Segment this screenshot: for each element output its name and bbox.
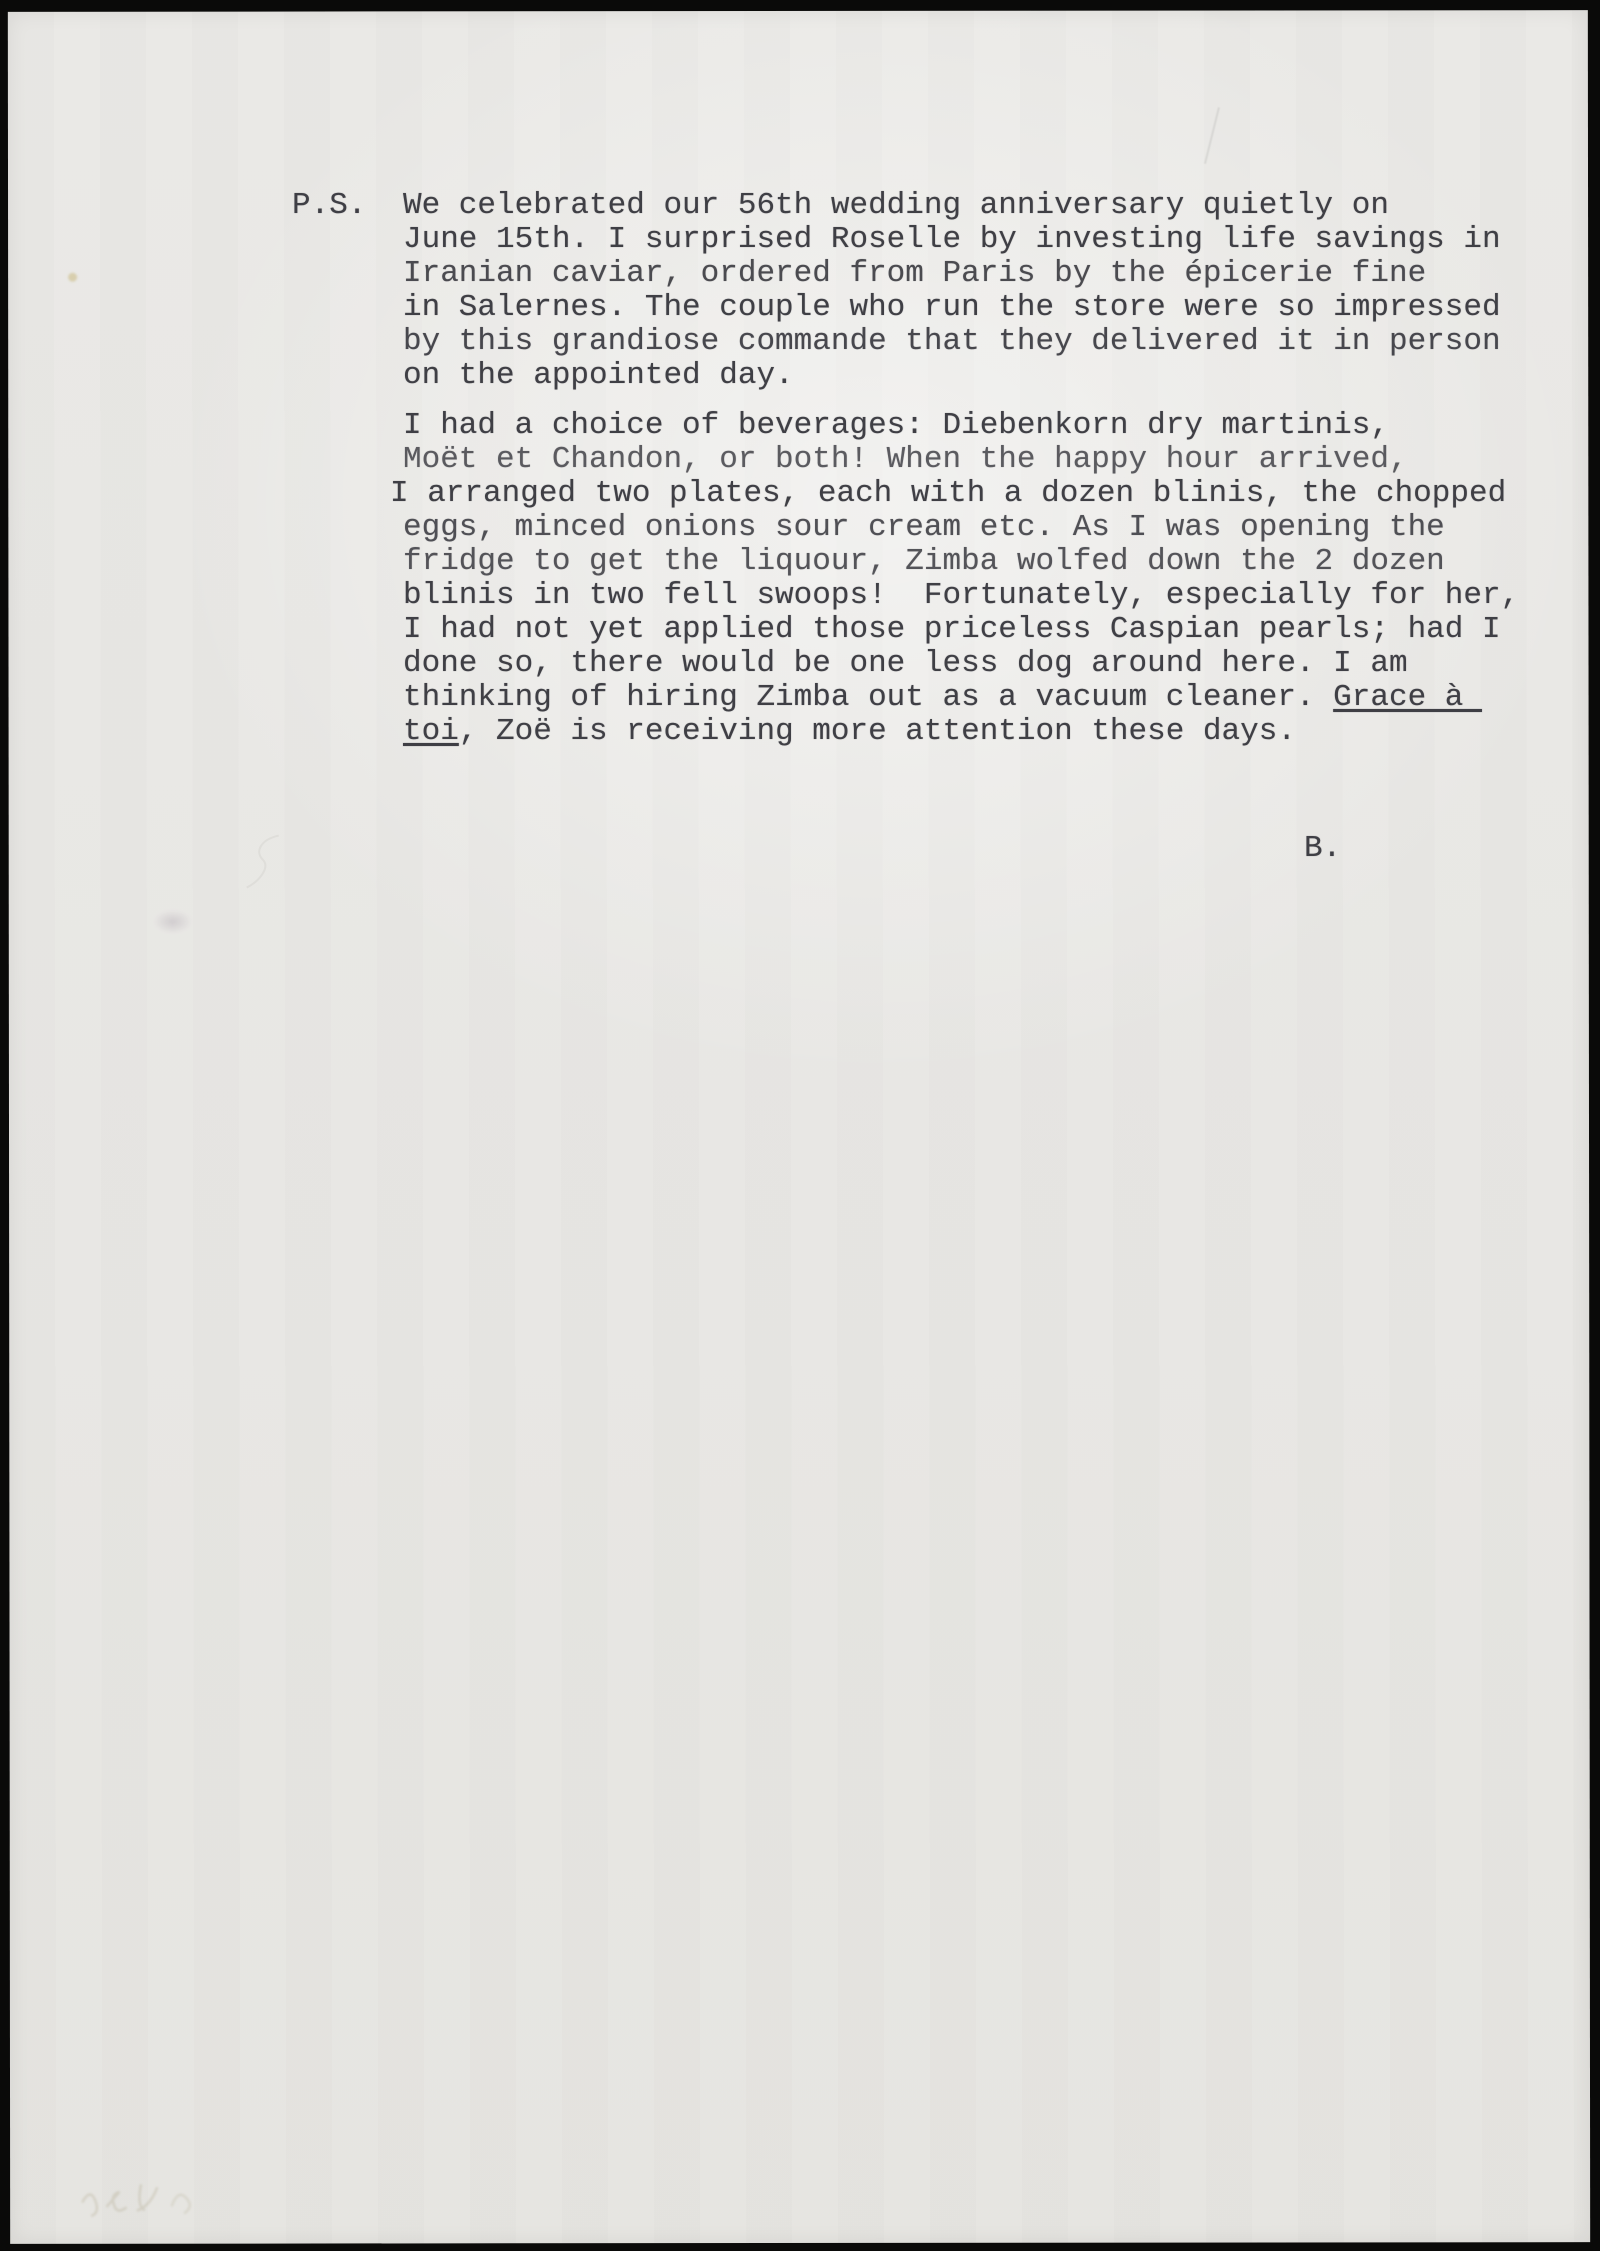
ghost-pencil-writing bbox=[74, 2164, 228, 2234]
typed-text: We celebrated our 56th wedding anniversa… bbox=[403, 188, 1389, 223]
paper-curl-mark bbox=[241, 832, 291, 892]
typed-text: I had a choice of beverages: Diebenkorn … bbox=[403, 408, 1389, 443]
scan-background: P.S. We celebrated our 56th wedding anni… bbox=[0, 0, 1600, 2251]
letter-body: We celebrated our 56th wedding anniversa… bbox=[403, 189, 1519, 749]
typed-text: Moët et Chandon, or both! When the happy… bbox=[403, 442, 1408, 477]
typed-line: fridge to get the liquour, Zimba wolfed … bbox=[403, 545, 1519, 579]
typed-line: We celebrated our 56th wedding anniversa… bbox=[403, 189, 1519, 223]
typed-line: June 15th. I surprised Roselle by invest… bbox=[403, 223, 1519, 257]
typed-text: in Salernes. The couple who run the stor… bbox=[403, 290, 1501, 325]
pencil-smudge-mark bbox=[147, 906, 199, 938]
typed-text: by this grandiose commande that they del… bbox=[403, 324, 1501, 359]
typed-line: I had a choice of beverages: Diebenkorn … bbox=[403, 409, 1519, 443]
paragraph: We celebrated our 56th wedding anniversa… bbox=[403, 189, 1519, 393]
typed-line: in Salernes. The couple who run the stor… bbox=[403, 291, 1519, 325]
typed-line: on the appointed day. bbox=[403, 359, 1519, 393]
paper-scratch bbox=[1204, 107, 1220, 164]
typed-line: by this grandiose commande that they del… bbox=[403, 325, 1519, 359]
typed-line: done so, there would be one less dog aro… bbox=[403, 647, 1519, 681]
typed-text: blinis in two fell swoops! Fortunately, … bbox=[403, 578, 1519, 613]
typed-line: blinis in two fell swoops! Fortunately, … bbox=[403, 579, 1519, 613]
typed-line: Moët et Chandon, or both! When the happy… bbox=[403, 443, 1519, 477]
underlined-phrase: Grace à bbox=[1333, 680, 1482, 715]
typed-text: done so, there would be one less dog aro… bbox=[403, 646, 1408, 681]
typed-text: Iranian caviar, ordered from Paris by th… bbox=[403, 256, 1426, 291]
postscript-label: P.S. bbox=[292, 189, 366, 223]
paper-speck bbox=[68, 273, 77, 282]
typed-line: toi, Zoë is receiving more attention the… bbox=[403, 715, 1519, 749]
typed-text: I had not yet applied those priceless Ca… bbox=[403, 612, 1501, 647]
typed-text: , Zoë is receiving more attention these … bbox=[459, 714, 1296, 749]
typed-text: thinking of hiring Zimba out as a vacuum… bbox=[403, 680, 1333, 715]
typed-line: I had not yet applied those priceless Ca… bbox=[403, 613, 1519, 647]
typed-text: fridge to get the liquour, Zimba wolfed … bbox=[403, 544, 1445, 579]
typed-line: Iranian caviar, ordered from Paris by th… bbox=[403, 257, 1519, 291]
underlined-phrase: toi bbox=[403, 714, 459, 749]
typed-text: on the appointed day. bbox=[403, 358, 794, 393]
typed-text: eggs, minced onions sour cream etc. As I… bbox=[403, 510, 1445, 545]
typed-line: eggs, minced onions sour cream etc. As I… bbox=[403, 511, 1519, 545]
signature-initial: B. bbox=[1304, 832, 1341, 866]
typed-line: thinking of hiring Zimba out as a vacuum… bbox=[403, 681, 1519, 715]
typed-line: I arranged two plates, each with a dozen… bbox=[390, 477, 1519, 511]
typed-text: June 15th. I surprised Roselle by invest… bbox=[403, 222, 1501, 257]
typed-text: I arranged two plates, each with a dozen… bbox=[390, 476, 1506, 511]
paragraph: I had a choice of beverages: Diebenkorn … bbox=[403, 409, 1519, 749]
